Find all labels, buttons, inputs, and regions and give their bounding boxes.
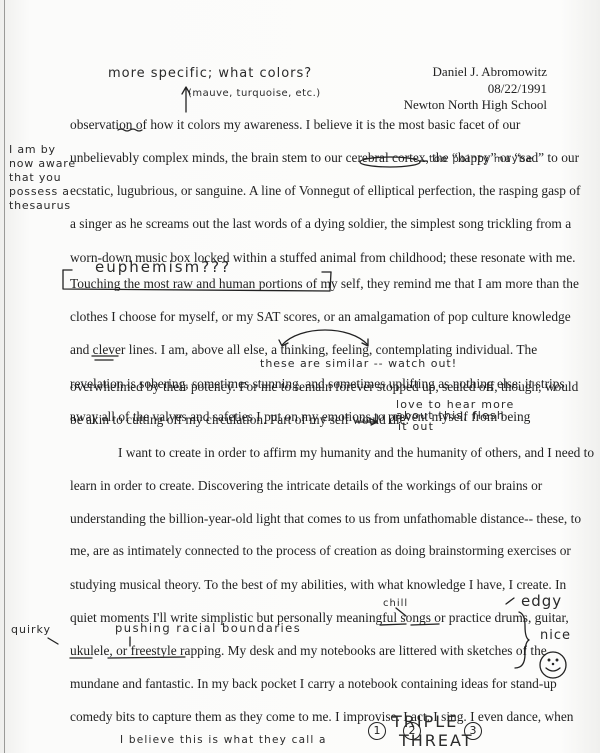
annotation-love-more: love to hear more about this, flesh it o… [396, 399, 515, 432]
annotation-pushing-boundaries: pushing racial boundaries [115, 621, 301, 635]
essay-date: 08/22/1991 [404, 81, 547, 98]
annotation-more-specific: more specific; what colors? [108, 66, 312, 81]
annotation-quirky: quirky [11, 623, 51, 636]
essay-line: understanding the billion-year-old light… [70, 511, 581, 527]
essay-line: ecstatic, lugubrious, or sanguine. A lin… [70, 183, 580, 199]
annotation-similar: these are similar -- watch out! [260, 357, 457, 370]
annotation-believe: I believe this is what they call a [120, 734, 327, 746]
essay-line: learn in order to create. Discovering th… [70, 478, 542, 494]
essay-line: mundane and fantastic. In my back pocket… [70, 676, 557, 692]
annotation-edgy: edgy [521, 592, 562, 610]
essay-line: comedy bits to capture them as they come… [70, 709, 573, 725]
annotation-color-examples: (mauve, turquoise, etc.) [188, 88, 321, 99]
essay-line: overwhelmed by their potency. For me to … [70, 379, 578, 395]
annotation-thesaurus: I am by now aware that you possess a the… [9, 143, 76, 213]
author-name: Daniel J. Abromowitz [404, 64, 547, 81]
annotation-nice: nice [540, 628, 571, 643]
essay-line: clothes I choose for myself, or my SAT s… [70, 309, 571, 325]
annotation-chill: chill [383, 598, 408, 609]
annotation-euphemism: euphemism??? [95, 258, 231, 276]
essay-line: a singer as he screams out the last word… [70, 216, 571, 232]
essay-header: Daniel J. Abromowitz 08/22/1991 Newton N… [404, 64, 547, 114]
page-edge [4, 0, 5, 753]
essay-line: observation of how it colors my awarenes… [70, 117, 520, 133]
school-name: Newton North High School [404, 97, 547, 114]
essay-line: be akin to cutting off my circulation. P… [70, 412, 409, 428]
annotation-threat: THREAT [399, 731, 474, 750]
annotation-triple: TRIPLE [392, 712, 458, 731]
essay-line: me, are as intimately connected to the p… [70, 543, 571, 559]
number-circle-1: 1 [368, 722, 386, 740]
essay-line: ukulele, or freestyle rapping. My desk a… [70, 643, 547, 659]
essay-line: and clever lines. I am, above all else, … [70, 342, 537, 358]
annotation-too-pointy: too pointy maybe [429, 154, 533, 165]
essay-line: Touching the most raw and human portions… [70, 276, 579, 292]
essay-line-paragraph-start: I want to create in order to affirm my h… [118, 445, 594, 461]
essay-line: studying musical theory. To the best of … [70, 577, 566, 593]
